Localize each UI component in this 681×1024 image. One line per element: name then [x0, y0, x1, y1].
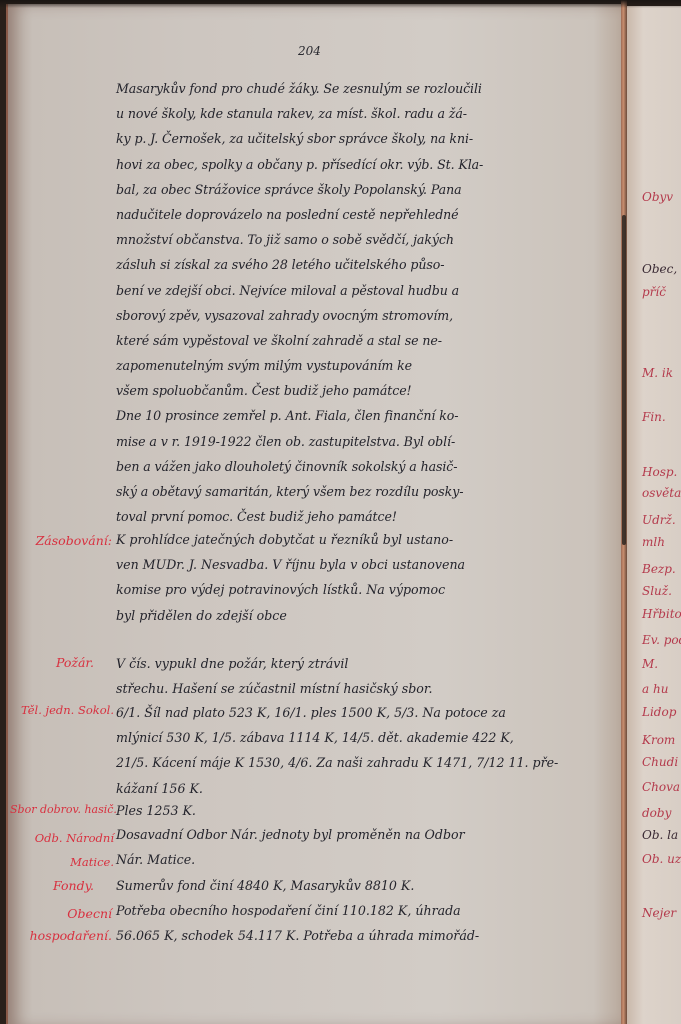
margin-label-pozar: Požár.: [14, 655, 94, 670]
text-line: komise pro výdej potravinových lístků. N…: [116, 578, 616, 603]
text-line: Nár. Matice.: [116, 848, 616, 873]
text-line: zásluh si získal za svého 28 letého učit…: [116, 252, 616, 277]
entry-obecni-hospodareni: Potřeba obecního hospodaření činí 110.18…: [116, 899, 616, 949]
facing-note: a hu: [642, 682, 668, 696]
entry-pozar: V čís. vypukl dne požár, který ztrávil s…: [116, 652, 616, 702]
text-line: Ples 1253 K.: [116, 799, 616, 824]
text-line: bal, za obec Strážovice správce školy Po…: [116, 177, 616, 202]
text-line: ven MUDr. J. Nesvadba. V říjnu byla v ob…: [116, 553, 616, 578]
entry-sokol: 6/1. Šíl nad plato 523 K, 16/1. ples 150…: [116, 701, 616, 802]
facing-note: Chova: [642, 780, 680, 794]
text-line: Potřeba obecního hospodaření činí 110.18…: [116, 899, 616, 924]
margin-label-narodni-matice: Odb. Národní Matice.: [10, 826, 114, 874]
facing-note: Nejer: [642, 906, 676, 920]
gutter-stain: [622, 215, 626, 545]
page-number: 204: [298, 44, 321, 58]
text-line: K prohlídce jatečných dobytčat u řezníků…: [116, 528, 616, 553]
text-line: Dosavadní Odbor Nár. jednoty byl proměně…: [116, 823, 616, 848]
margin-label-zasobovani: Zásobování:: [14, 533, 112, 548]
facing-note: M.: [642, 657, 658, 671]
text-line: u nové školy, kde stanula rakev, za míst…: [116, 101, 616, 126]
facing-note: příč: [642, 285, 666, 299]
margin-label-sokol: Těl. jedn. Sokol.: [10, 703, 114, 717]
facing-note: Udrž.: [642, 513, 676, 527]
margin-label-obecni-hospodareni: Obecní hospodaření.: [8, 903, 112, 947]
top-shadow: [0, 0, 681, 8]
text-line: střechu. Hašení se zúčastnil místní hasi…: [116, 677, 616, 702]
facing-note: M. ik: [642, 366, 673, 380]
text-line: nadučitele doprovázelo na poslední cestě…: [116, 202, 616, 227]
open-book: 204 Masarykův fond pro chudé žáky. Se ze…: [0, 0, 681, 1024]
opening-paragraph: Masarykův fond pro chudé žáky. Se zesnul…: [116, 76, 616, 529]
facing-note: Ev. pod: [642, 633, 681, 647]
facing-note: Ob. uz: [642, 852, 681, 866]
text-line: 21/5. Kácení máje K 1530, 4/6. Za naši z…: [116, 751, 616, 776]
text-line: kážaní 156 K.: [116, 777, 616, 802]
text-line: ky p. J. Černošek, za učitelský sbor spr…: [116, 126, 616, 151]
text-line: množství občanstva. To již samo o sobě s…: [116, 227, 616, 252]
text-line: všem spoluobčanům. Čest budiž jeho památ…: [116, 378, 616, 403]
text-line: Masarykův fond pro chudé žáky. Se zesnul…: [116, 76, 616, 101]
text-line: byl přidělen do zdejší obce: [116, 604, 616, 629]
text-line: které sám vypěstoval ve školní zahradě a…: [116, 328, 616, 353]
text-line: 6/1. Šíl nad plato 523 K, 16/1. ples 150…: [116, 701, 616, 726]
entry-hasici: Ples 1253 K.: [116, 799, 616, 824]
facing-note: Hřbito: [642, 607, 681, 621]
text-line: zapomenutelným svým milým vystupováním k…: [116, 353, 616, 378]
facing-note: doby: [642, 806, 671, 820]
facing-note: Krom: [642, 733, 675, 747]
text-line: 56.065 K, schodek 54.117 K. Potřeba a úh…: [116, 924, 616, 949]
text-line: ský a obětavý samaritán, který všem bez …: [116, 479, 616, 504]
text-line: sborový zpěv, vysazoval zahrady ovocným …: [116, 303, 616, 328]
margin-label-fondy: Fondy.: [14, 878, 94, 893]
facing-note: Ob. la: [642, 828, 678, 842]
facing-note: Hosp.: [642, 465, 677, 479]
facing-note: Služ.: [642, 584, 672, 598]
facing-note: Bezp.: [642, 562, 676, 576]
entry-zasobovani: K prohlídce jatečných dobytčat u řezníků…: [116, 528, 616, 629]
text-line: V čís. vypukl dne požár, který ztrávil: [116, 652, 616, 677]
facing-note: Fin.: [642, 410, 666, 424]
text-line: toval první pomoc. Čest budiž jeho památ…: [116, 504, 616, 529]
text-line: ben a vážen jako dlouholetý činovník sok…: [116, 454, 616, 479]
text-line: bení ve zdejší obci. Nejvíce miloval a p…: [116, 278, 616, 303]
margin-label-hasici: Sbor dobrov. hasič.: [10, 803, 114, 816]
facing-note: mlh: [642, 535, 665, 549]
facing-note: Obec,: [642, 262, 677, 276]
text-line: mlýnicí 530 K, 1/5. zábava 1114 K, 14/5.…: [116, 726, 616, 751]
text-line: hovi za obec, spolky a občany p. přísedí…: [116, 152, 616, 177]
facing-note: Chudi: [642, 755, 678, 769]
facing-note: osvěta: [642, 486, 681, 500]
facing-note: Lidop: [642, 705, 676, 719]
entry-narodni-matice: Dosavadní Odbor Nár. jednoty byl proměně…: [116, 823, 616, 873]
text-line: mise a v r. 1919-1922 člen ob. zastupite…: [116, 429, 616, 454]
entry-fondy: Sumerův fond činí 4840 K, Masarykův 8810…: [116, 874, 616, 899]
text-line: Sumerův fond činí 4840 K, Masarykův 8810…: [116, 874, 616, 899]
facing-note: Obyv: [642, 190, 673, 204]
text-line: Dne 10 prosince zemřel p. Ant. Fiala, čl…: [116, 403, 616, 428]
